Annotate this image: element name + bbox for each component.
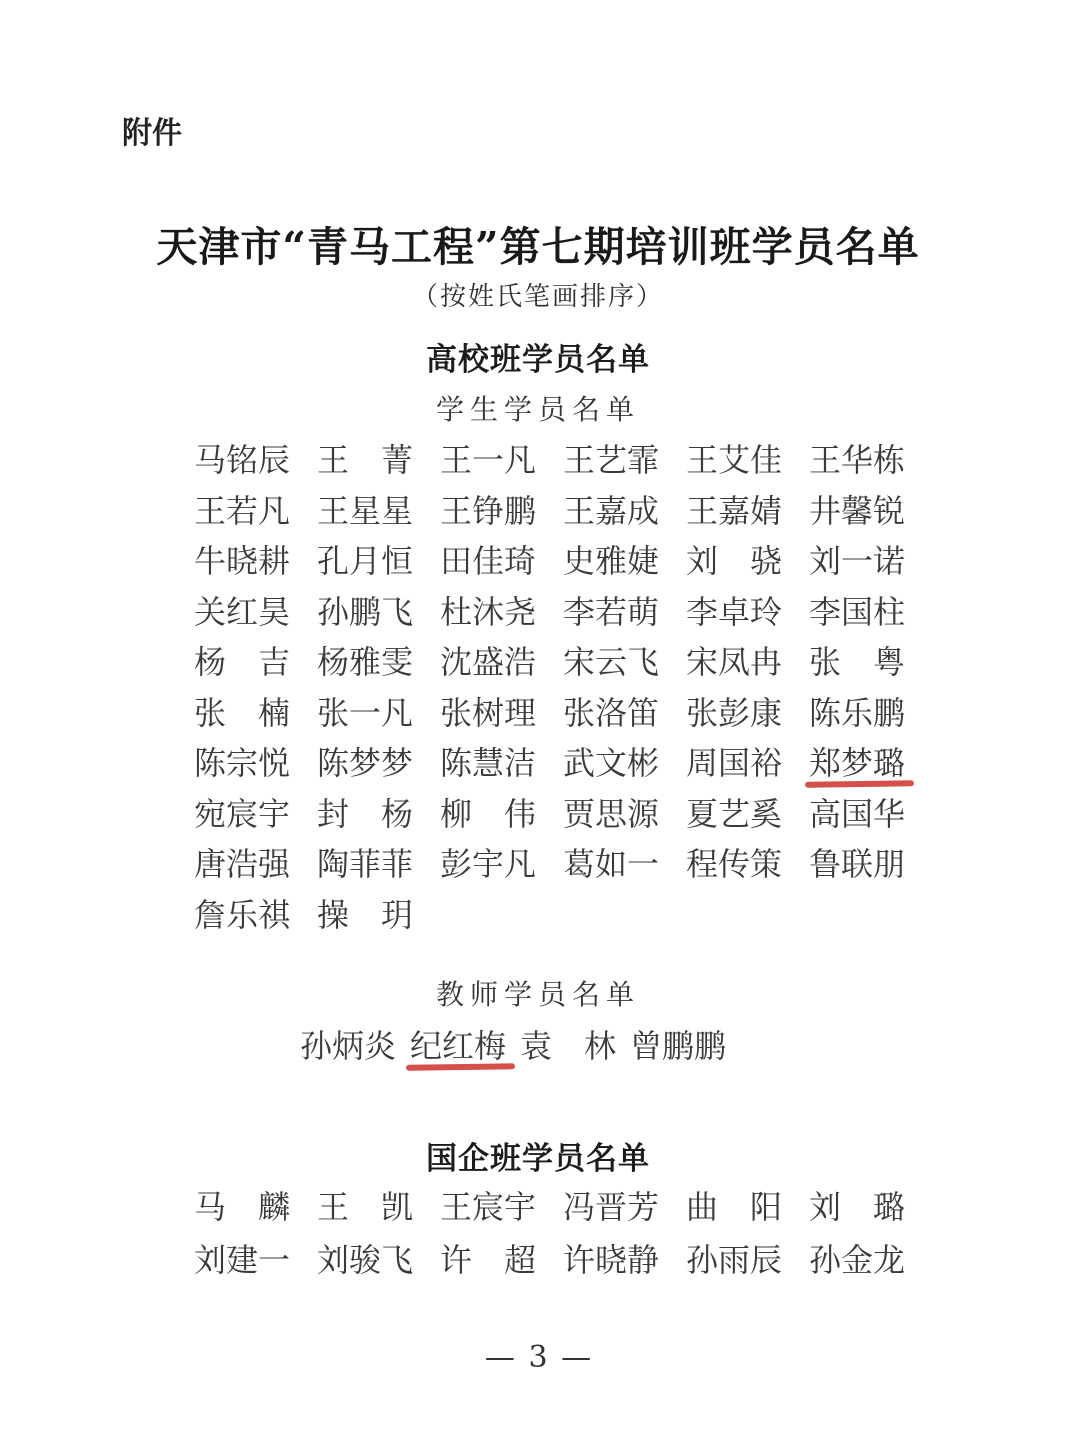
student-name: 贾思源 xyxy=(563,798,660,830)
document-title: 天津市“青马工程”第七期培训班学员名单 xyxy=(0,214,1076,273)
student-name: 井馨锐 xyxy=(809,495,906,527)
student-name: 操 玥 xyxy=(317,899,414,931)
red-underline-mark xyxy=(805,780,914,788)
student-name: 唐浩强 xyxy=(194,848,291,880)
student-name-row: 陈宗悦陈梦梦陈慧洁武文彬周国裕郑梦璐 xyxy=(194,738,906,789)
teacher-name-row: 孙炳炎纪红梅袁 林曾鹏鹏 xyxy=(300,1028,727,1064)
soe-name: 王 凯 xyxy=(317,1191,414,1223)
student-name-row: 张 楠张一凡张树理张洛笛张彭康陈乐鹏 xyxy=(194,688,906,739)
page-number: — 3 — xyxy=(0,1340,1076,1375)
student-name: 张 粤 xyxy=(809,646,906,678)
student-name: 柳 伟 xyxy=(440,798,537,830)
student-name: 宋云飞 xyxy=(563,646,660,678)
soe-name: 冯晋芳 xyxy=(563,1191,660,1223)
student-name: 史雅婕 xyxy=(563,545,660,577)
student-list-header: 学生学员名单 xyxy=(0,388,1076,428)
student-name: 马铭辰 xyxy=(194,444,291,476)
student-name: 关红昊 xyxy=(194,596,291,628)
teacher-name-underlined: 纪红梅 xyxy=(410,1030,507,1062)
student-name: 葛如一 xyxy=(563,848,660,880)
soe-name-row: 刘建一刘骏飞许 超许晓静孙雨辰孙金龙 xyxy=(194,1233,906,1286)
student-name: 张洛笛 xyxy=(563,697,660,729)
student-name-row: 杨 吉杨雅雯沈盛浩宋云飞宋凤冉张 粤 xyxy=(194,637,906,688)
student-name-underlined: 郑梦璐 xyxy=(809,747,906,779)
soe-name: 孙金龙 xyxy=(809,1244,906,1276)
soe-name: 许 超 xyxy=(440,1244,537,1276)
student-name: 鲁联朋 xyxy=(809,848,906,880)
soe-name: 王宸宇 xyxy=(440,1191,537,1223)
student-name: 陈慧洁 xyxy=(440,747,537,779)
student-name: 周国裕 xyxy=(686,747,783,779)
student-name: 王嘉成 xyxy=(563,495,660,527)
student-name: 王若凡 xyxy=(194,495,291,527)
student-name: 陶菲菲 xyxy=(317,848,414,880)
student-name: 王艺霏 xyxy=(563,444,660,476)
soe-name: 曲 阳 xyxy=(686,1191,783,1223)
soe-name: 刘骏飞 xyxy=(317,1244,414,1276)
student-name-row: 马铭辰王 菁王一凡王艺霏王艾佳王华栋 xyxy=(194,435,906,486)
student-name: 宋凤冉 xyxy=(686,646,783,678)
student-name: 李国柱 xyxy=(809,596,906,628)
student-name: 宛宸宇 xyxy=(194,798,291,830)
teacher-name: 袁 林 xyxy=(520,1030,617,1062)
student-name-row: 詹乐祺操 玥 xyxy=(194,890,906,941)
teacher-name-row: 孙炳炎纪红梅袁 林曾鹏鹏 xyxy=(300,1028,727,1064)
soe-class-header: 国企班学员名单 xyxy=(0,1133,1076,1178)
red-underline-mark xyxy=(406,1063,515,1071)
document-page: 附件 天津市“青马工程”第七期培训班学员名单 （按姓氏笔画排序） 高校班学员名单… xyxy=(0,0,1076,1434)
soe-name: 刘 璐 xyxy=(809,1191,906,1223)
student-name: 王一凡 xyxy=(440,444,537,476)
university-class-header: 高校班学员名单 xyxy=(0,334,1076,379)
student-name: 彭宇凡 xyxy=(440,848,537,880)
soe-name: 孙雨辰 xyxy=(686,1244,783,1276)
student-name: 孔月恒 xyxy=(317,545,414,577)
student-name-row: 宛宸宇封 杨柳 伟贾思源夏艺奚高国华 xyxy=(194,789,906,840)
student-name-grid: 马铭辰王 菁王一凡王艺霏王艾佳王华栋王若凡王星星王铮鹏王嘉成王嘉婧井馨锐牛晓耕孔… xyxy=(194,435,906,940)
student-name: 沈盛浩 xyxy=(440,646,537,678)
student-name-row: 牛晓耕孔月恒田佳琦史雅婕刘 骁刘一诺 xyxy=(194,536,906,587)
student-name: 李若萌 xyxy=(563,596,660,628)
student-name: 詹乐祺 xyxy=(194,899,291,931)
student-name-row: 关红昊孙鹏飞杜沐尧李若萌李卓玲李国柱 xyxy=(194,587,906,638)
teacher-name: 曾鹏鹏 xyxy=(630,1030,727,1062)
student-name-row: 唐浩强陶菲菲彭宇凡葛如一程传策鲁联朋 xyxy=(194,839,906,890)
attachment-label: 附件 xyxy=(122,108,182,152)
student-name: 陈梦梦 xyxy=(317,747,414,779)
soe-name-row: 马 麟王 凯王宸宇冯晋芳曲 阳刘 璐 xyxy=(194,1180,906,1233)
student-name: 陈乐鹏 xyxy=(809,697,906,729)
student-name: 王艾佳 xyxy=(686,444,783,476)
student-name: 王嘉婧 xyxy=(686,495,783,527)
student-name: 张 楠 xyxy=(194,697,291,729)
student-name: 刘一诺 xyxy=(809,545,906,577)
soe-name: 刘建一 xyxy=(194,1244,291,1276)
student-name: 张彭康 xyxy=(686,697,783,729)
student-name: 孙鹏飞 xyxy=(317,596,414,628)
student-name: 李卓玲 xyxy=(686,596,783,628)
soe-name-grid: 马 麟王 凯王宸宇冯晋芳曲 阳刘 璐刘建一刘骏飞许 超许晓静孙雨辰孙金龙 xyxy=(194,1180,906,1286)
sort-order-note: （按姓氏笔画排序） xyxy=(0,276,1076,313)
student-name: 高国华 xyxy=(809,798,906,830)
student-name: 刘 骁 xyxy=(686,545,783,577)
soe-name: 马 麟 xyxy=(194,1191,291,1223)
student-name: 王星星 xyxy=(317,495,414,527)
student-name: 夏艺奚 xyxy=(686,798,783,830)
student-name: 王铮鹏 xyxy=(440,495,537,527)
teacher-name: 孙炳炎 xyxy=(300,1030,397,1062)
student-name-row: 王若凡王星星王铮鹏王嘉成王嘉婧井馨锐 xyxy=(194,486,906,537)
student-name: 田佳琦 xyxy=(440,545,537,577)
soe-name: 许晓静 xyxy=(563,1244,660,1276)
student-name: 杜沐尧 xyxy=(440,596,537,628)
teacher-list-header: 教师学员名单 xyxy=(0,973,1076,1013)
student-name: 杨 吉 xyxy=(194,646,291,678)
student-name: 封 杨 xyxy=(317,798,414,830)
student-name: 杨雅雯 xyxy=(317,646,414,678)
student-name: 张一凡 xyxy=(317,697,414,729)
student-name: 陈宗悦 xyxy=(194,747,291,779)
student-name: 张树理 xyxy=(440,697,537,729)
student-name: 武文彬 xyxy=(563,747,660,779)
student-name: 王华栋 xyxy=(809,444,906,476)
student-name: 牛晓耕 xyxy=(194,545,291,577)
student-name: 王 菁 xyxy=(317,444,414,476)
student-name: 程传策 xyxy=(686,848,783,880)
